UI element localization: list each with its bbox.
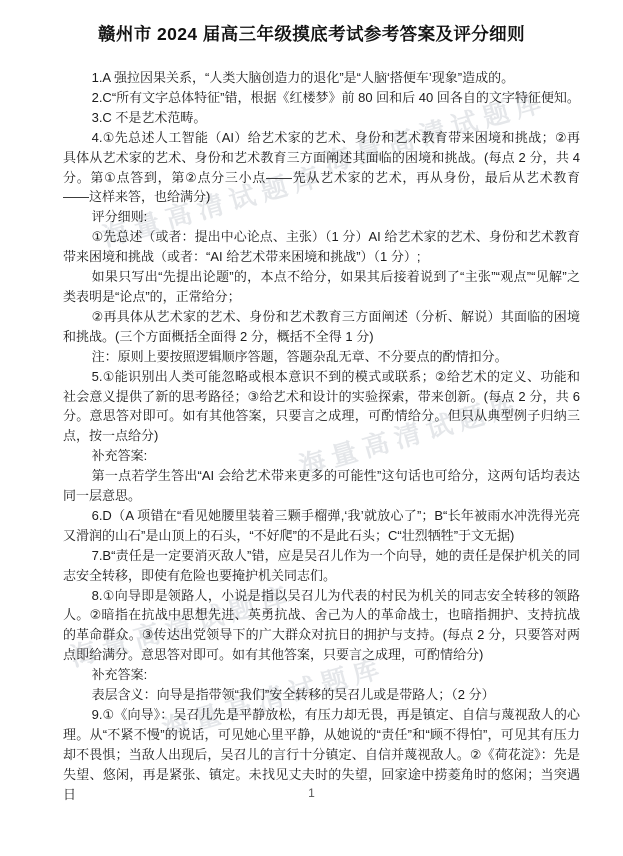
paragraph: 1.A 强拉因果关系，“人类大脑创造力的退化”是“人脑‘搭便车’现象”造成的。 [63,68,580,88]
paragraph: 4.①先总述人工智能（AI）给艺术家的艺术、身份和艺术教育带来困境和挑战；②再具… [63,128,580,208]
document-title: 赣州市 2024 届高三年级摸底考试参考答案及评分细则 [0,0,623,46]
paragraph: 6.D（A 项错在“看见她腰里装着三颗手榴弹,‘我’就放心了”；B“长年被雨水冲… [63,506,580,546]
paragraph: 第一点若学生答出“AI 会给艺术带来更多的可能性”这句话也可给分，这两句话均表达… [63,466,580,506]
paragraph: 注：原则上要按照逻辑顺序答题，答题杂乱无章、不分要点的酌情扣分。 [63,347,580,367]
paragraph: 3.C 不是艺术范畴。 [63,108,580,128]
paragraph: 补充答案: [63,665,580,685]
paragraph: 评分细则: [63,207,580,227]
paragraph: 补充答案: [63,446,580,466]
paragraph: 5.①能识别出人类可能忽略或根本意识不到的模式或联系；②给艺术的定义、功能和社会… [63,367,580,447]
paragraph: ①先总述（或者：提出中心论点、主张）（1 分）AI 给艺术家的艺术、身份和艺术教… [63,227,580,267]
paragraph: 表层含义：向导是指带领“我们”安全转移的吴召儿或是带路人；（2 分） [63,685,580,705]
paragraph: 8.①向导即是领路人，小说是指以吴召儿为代表的村民为机关的同志安全转移的领路人。… [63,586,580,666]
page-number: 1 [0,786,623,800]
paragraph: 2.C“所有文字总体特征”错，根据《红楼梦》前 80 回和后 40 回各自的文字… [63,88,580,108]
document-page: 海量高清试题库 海量高清试题库 海量高清试题库 海量高清试题库 海量高清试题库 … [0,0,623,856]
document-body: 1.A 强拉因果关系，“人类大脑创造力的退化”是“人脑‘搭便车’现象”造成的。2… [63,68,580,805]
paragraph: 如果只写出“先提出论题”的，本点不给分，如果其后接着说到了“主张”“观点”“见解… [63,267,580,307]
paragraph: 7.B“责任是一定要消灭敌人”错，应是吴召儿作为一个向导，她的责任是保护机关的同… [63,546,580,586]
paragraph: ②再具体从艺术家的艺术、身份和艺术教育三方面阐述（分析、解说）其面临的困境和挑战… [63,307,580,347]
